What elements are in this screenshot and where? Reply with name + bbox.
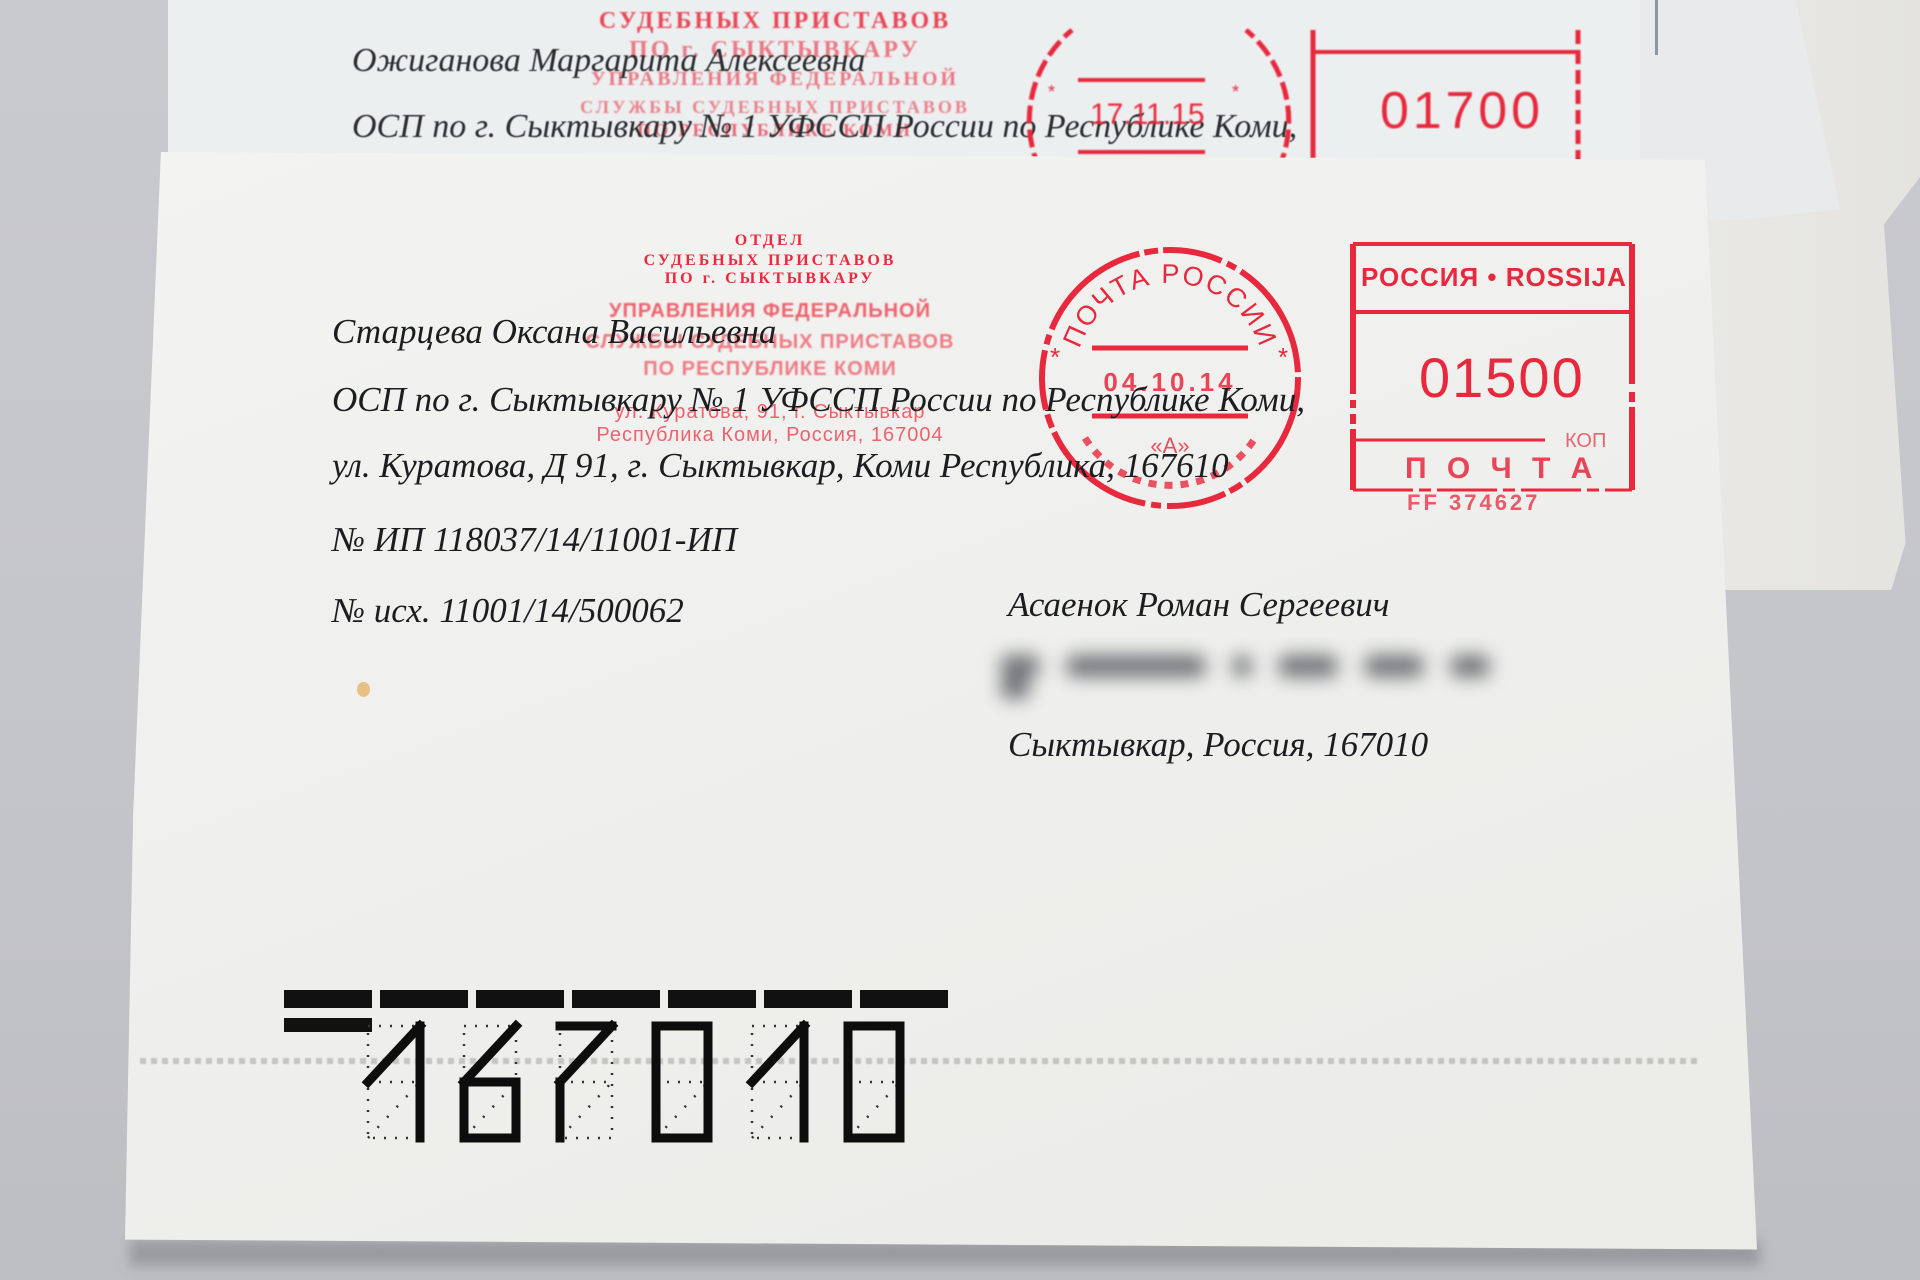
recipient-name: Асаенок Роман Сергеевич: [1008, 585, 1389, 625]
back-envelope-mark: [1655, 0, 1658, 55]
sender-office: ОСП по г. Сыктывкару № 1 УФССП России по…: [332, 380, 1305, 420]
dept-stamp-line: ОТДЕЛ: [510, 232, 1030, 250]
svg-text:*: *: [1050, 342, 1060, 372]
dept-stamp-address: Республика Коми, Россия, 167004: [510, 424, 1030, 447]
svg-text:ПОЧТА РОССИИ: ПОЧТА РОССИИ: [1057, 259, 1283, 351]
postmark-top-text: ПОЧТА РОССИИ: [1057, 259, 1283, 351]
back-postage-value: 01700: [1380, 82, 1540, 140]
franking-value: 01500: [1419, 345, 1585, 410]
sender-address: ул. Куратова, Д 91, г. Сыктывкар, Коми Р…: [332, 446, 1229, 486]
back-sender-name: Ожиганова Маргарита Алексеевна: [352, 42, 866, 80]
dept-stamp-line: СУДЕБНЫХ ПРИСТАВОВ: [510, 252, 1030, 270]
dept-stamp-line: ПО г. СЫКТЫВКАРУ: [510, 270, 1030, 288]
svg-text:*: *: [1232, 82, 1239, 102]
dept-stamp-faded-line: ПО РЕСПУБЛИКЕ КОМИ: [510, 358, 1030, 381]
back-postmark: * * 17.11.15 01700: [1010, 0, 1590, 170]
postal-index-code: [280, 990, 960, 1150]
franking-unit: КОП: [1565, 430, 1606, 453]
recipient-city: Сыктывкар, Россия, 167010: [1008, 725, 1428, 765]
svg-text:*: *: [1048, 82, 1055, 102]
franking-label: П О Ч Т А: [1405, 452, 1598, 486]
case-number: № ИП 118037/14/11001-ИП: [332, 520, 737, 560]
recipient-street-redacted: [1000, 655, 1570, 691]
sender-name: Старцева Оксана Васильевна: [332, 312, 776, 352]
back-postmark-date: 17.11.15: [1090, 98, 1205, 131]
franking-stamp: РОССИЯ • ROSSIJA 01500 КОП П О Ч Т А FF …: [1347, 240, 1637, 502]
franking-serial: FF 374627: [1407, 490, 1540, 516]
paper-stain: [357, 682, 370, 697]
svg-text:*: *: [1278, 342, 1288, 372]
back-dept-line: СУДЕБНЫХ ПРИСТАВОВ: [545, 8, 1005, 35]
franking-header: РОССИЯ • ROSSIJA: [1361, 262, 1627, 293]
outgoing-number: № исх. 11001/14/500062: [332, 591, 684, 631]
